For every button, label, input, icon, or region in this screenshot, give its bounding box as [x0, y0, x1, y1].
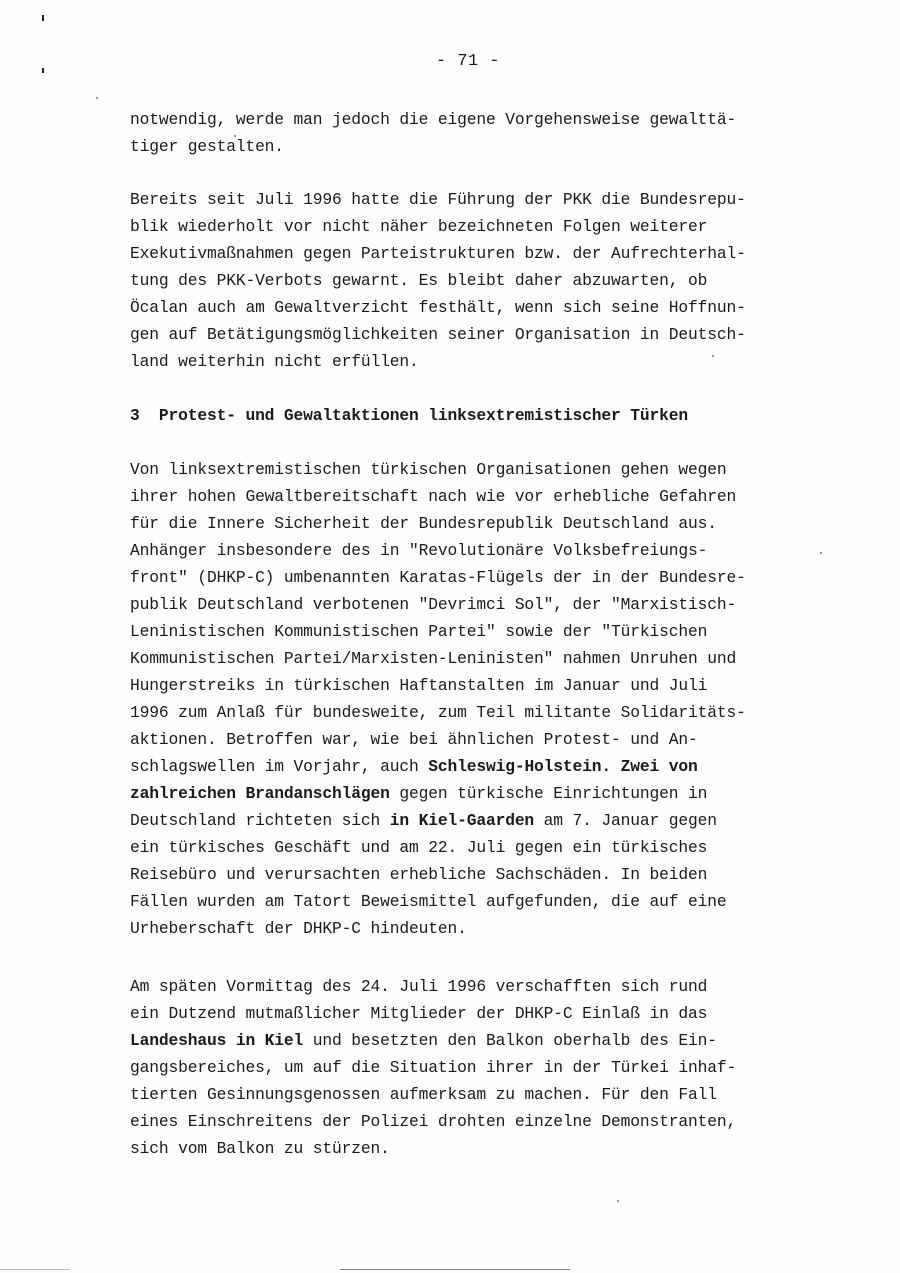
text-line: für die Innere Sicherheit der Bundesrepu…: [130, 510, 850, 537]
text-line: ein türkisches Geschäft und am 22. Juli …: [130, 834, 850, 861]
text-line: Reisebüro und verursachten erhebliche Sa…: [130, 861, 850, 888]
text-line: Urheberschaft der DHKP-C hindeuten.: [130, 915, 850, 942]
text-run: tung des PKK-Verbots gewarnt. Es bleibt …: [130, 271, 707, 290]
text-run: Öcalan auch am Gewaltverzicht festhält, …: [130, 298, 746, 317]
text-line: Hungerstreiks in türkischen Haftanstalte…: [130, 672, 850, 699]
bold-text: in Kiel-Gaarden: [390, 811, 534, 830]
text-run: front" (DHKP-C) umbenannten Karatas-Flüg…: [130, 568, 746, 587]
text-run: ihrer hohen Gewaltbereitschaft nach wie …: [130, 487, 736, 506]
text-run: notwendig, werde man jedoch die eigene V…: [130, 110, 736, 129]
text-line: Bereits seit Juli 1996 hatte die Führung…: [130, 186, 850, 213]
text-run: publik Deutschland verbotenen "Devrimci …: [130, 595, 736, 614]
text-run: Deutschland richteten sich: [130, 811, 390, 830]
text-line: Kommunistischen Partei/Marxisten-Leninis…: [130, 645, 850, 672]
text-line: gen auf Betätigungsmöglichkeiten seiner …: [130, 321, 850, 348]
scan-margin-mark: [42, 15, 44, 21]
text-run: Hungerstreiks in türkischen Haftanstalte…: [130, 676, 707, 695]
bold-text: zahlreichen Brandanschlägen: [130, 784, 390, 803]
text-line: ein Dutzend mutmaßlicher Mitglieder der …: [130, 1000, 850, 1027]
text-run: für die Innere Sicherheit der Bundesrepu…: [130, 514, 717, 533]
text-run: ein Dutzend mutmaßlicher Mitglieder der …: [130, 1004, 707, 1023]
paragraph: Am späten Vormittag des 24. Juli 1996 ve…: [130, 973, 850, 1162]
text-run: schlagswellen im Vorjahr, auch: [130, 757, 428, 776]
text-run: Bereits seit Juli 1996 hatte die Führung…: [130, 190, 746, 209]
text-line: Deutschland richteten sich in Kiel-Gaard…: [130, 807, 850, 834]
text-run: blik wiederholt vor nicht näher bezeichn…: [130, 217, 707, 236]
scan-bottom-edge: [0, 1269, 70, 1270]
page-number: - 71 -: [18, 52, 900, 71]
document-page: - 71 - notwendig, werde man jedoch die e…: [0, 0, 900, 1273]
text-line: Von linksextremistischen türkischen Orga…: [130, 456, 850, 483]
text-run: eines Einschreitens der Polizei drohten …: [130, 1112, 736, 1131]
text-line: gangsbereiches, um auf die Situation ihr…: [130, 1054, 850, 1081]
scan-bottom-edge: [340, 1269, 570, 1270]
text-run: Leninistischen Kommunistischen Partei" s…: [130, 622, 707, 641]
text-run: gangsbereiches, um auf die Situation ihr…: [130, 1058, 736, 1077]
text-line: Anhänger insbesondere des in "Revolution…: [130, 537, 850, 564]
text-run: sich vom Balkon zu stürzen.: [130, 1139, 390, 1158]
text-run: land weiterhin nicht erfüllen.: [130, 352, 419, 371]
text-line: aktionen. Betroffen war, wie bei ähnlich…: [130, 726, 850, 753]
text-run: Kommunistischen Partei/Marxisten-Leninis…: [130, 649, 736, 668]
scan-speck: [617, 1200, 619, 1202]
text-run: Reisebüro und verursachten erhebliche Sa…: [130, 865, 707, 884]
text-run: 1996 zum Anlaß für bundesweite, zum Teil…: [130, 703, 746, 722]
paragraph: Von linksextremistischen türkischen Orga…: [130, 456, 850, 942]
text-line: schlagswellen im Vorjahr, auch Schleswig…: [130, 753, 850, 780]
text-run: Fällen wurden am Tatort Beweismittel auf…: [130, 892, 726, 911]
bold-text: Schleswig-Holstein. Zwei von: [428, 757, 697, 776]
text-line: Leninistischen Kommunistischen Partei" s…: [130, 618, 850, 645]
text-line: sich vom Balkon zu stürzen.: [130, 1135, 850, 1162]
text-line: Landeshaus in Kiel und besetzten den Bal…: [130, 1027, 850, 1054]
text-line: zahlreichen Brandanschlägen gegen türkis…: [130, 780, 850, 807]
text-run: aktionen. Betroffen war, wie bei ähnlich…: [130, 730, 698, 749]
text-run: Am späten Vormittag des 24. Juli 1996 ve…: [130, 977, 707, 996]
text-run: 3 Protest- und Gewaltaktionen linksextre…: [130, 406, 688, 425]
text-line: eines Einschreitens der Polizei drohten …: [130, 1108, 850, 1135]
paragraph: notwendig, werde man jedoch die eigene V…: [130, 106, 850, 160]
text-run: Von linksextremistischen türkischen Orga…: [130, 460, 726, 479]
text-run: Anhänger insbesondere des in "Revolution…: [130, 541, 707, 560]
text-line: tiger gestalten.: [130, 133, 850, 160]
text-line: tung des PKK-Verbots gewarnt. Es bleibt …: [130, 267, 850, 294]
bold-text: Landeshaus in Kiel: [130, 1031, 303, 1050]
text-run: Exekutivmaßnahmen gegen Parteistrukturen…: [130, 244, 746, 263]
text-line: tierten Gesinnungsgenossen aufmerksam zu…: [130, 1081, 850, 1108]
section-heading: 3 Protest- und Gewaltaktionen linksextre…: [130, 402, 850, 429]
text-line: ihrer hohen Gewaltbereitschaft nach wie …: [130, 483, 850, 510]
scan-speck: [96, 97, 98, 99]
text-run: tierten Gesinnungsgenossen aufmerksam zu…: [130, 1085, 717, 1104]
text-run: Urheberschaft der DHKP-C hindeuten.: [130, 919, 467, 938]
text-run: und besetzten den Balkon oberhalb des Ei…: [303, 1031, 717, 1050]
text-run: tiger gestalten.: [130, 137, 284, 156]
text-line: Fällen wurden am Tatort Beweismittel auf…: [130, 888, 850, 915]
text-run: gen auf Betätigungsmöglichkeiten seiner …: [130, 325, 746, 344]
paragraph: Bereits seit Juli 1996 hatte die Führung…: [130, 186, 850, 375]
text-line: blik wiederholt vor nicht näher bezeichn…: [130, 213, 850, 240]
text-line: front" (DHKP-C) umbenannten Karatas-Flüg…: [130, 564, 850, 591]
text-line: notwendig, werde man jedoch die eigene V…: [130, 106, 850, 133]
text-line: publik Deutschland verbotenen "Devrimci …: [130, 591, 850, 618]
text-run: am 7. Januar gegen: [534, 811, 717, 830]
text-run: gegen türkische Einrichtungen in: [390, 784, 707, 803]
text-line: Exekutivmaßnahmen gegen Parteistrukturen…: [130, 240, 850, 267]
text-line: 3 Protest- und Gewaltaktionen linksextre…: [130, 402, 850, 429]
text-line: 1996 zum Anlaß für bundesweite, zum Teil…: [130, 699, 850, 726]
text-run: ein türkisches Geschäft und am 22. Juli …: [130, 838, 707, 857]
text-line: land weiterhin nicht erfüllen.: [130, 348, 850, 375]
text-line: Am späten Vormittag des 24. Juli 1996 ve…: [130, 973, 850, 1000]
text-line: Öcalan auch am Gewaltverzicht festhält, …: [130, 294, 850, 321]
